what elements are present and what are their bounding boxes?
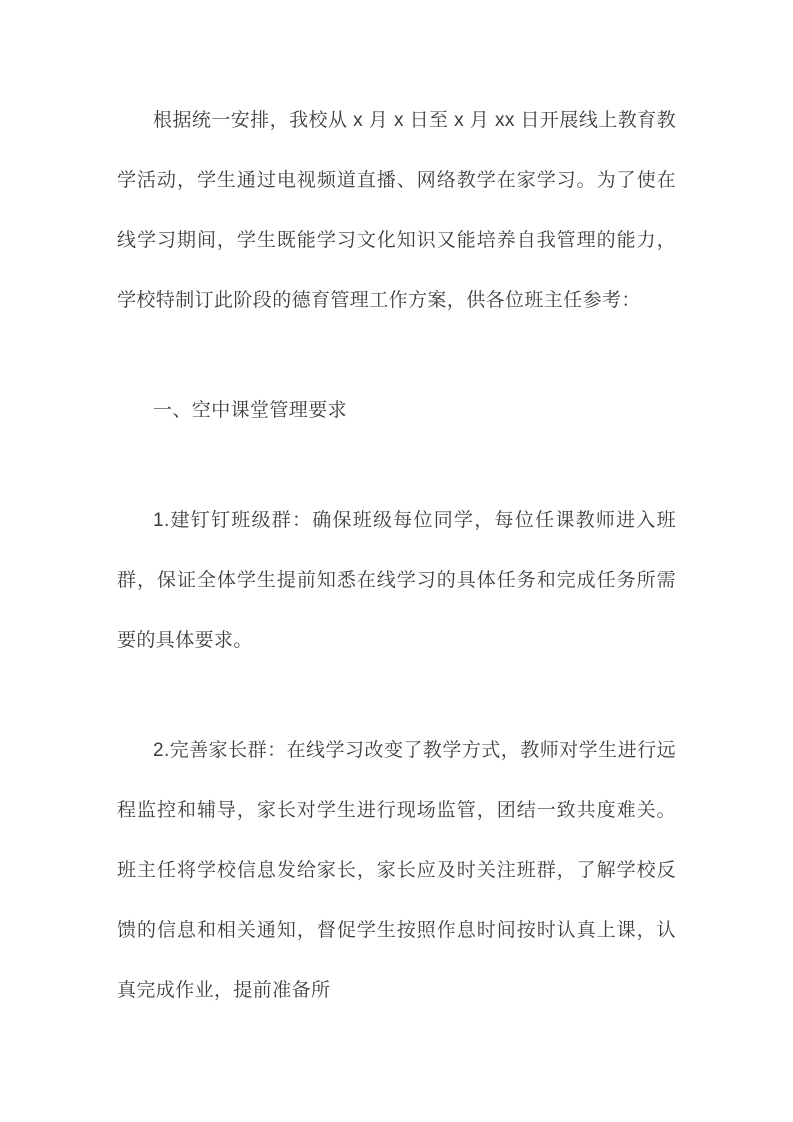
document-text-block: 根据统一安排，我校从 x 月 x 日至 x 月 xx 日开展线上教育教学活动，学… xyxy=(117,91,676,1021)
paragraph-intro: 根据统一安排，我校从 x 月 x 日至 x 月 xx 日开展线上教育教学活动，学… xyxy=(117,91,676,331)
section-heading: 一、空中课堂管理要求 xyxy=(117,381,676,441)
paragraph-item-2: 2.完善家长群：在线学习改变了教学方式，教师对学生进行远程监控和辅导，家长对学生… xyxy=(117,721,676,1021)
paragraph-item-1: 1.建钉钉班级群：确保班级每位同学，每位任课教师进入班群，保证全体学生提前知悉在… xyxy=(117,491,676,671)
document-page: 根据统一安排，我校从 x 月 x 日至 x 月 xx 日开展线上教育教学活动，学… xyxy=(0,0,793,1122)
